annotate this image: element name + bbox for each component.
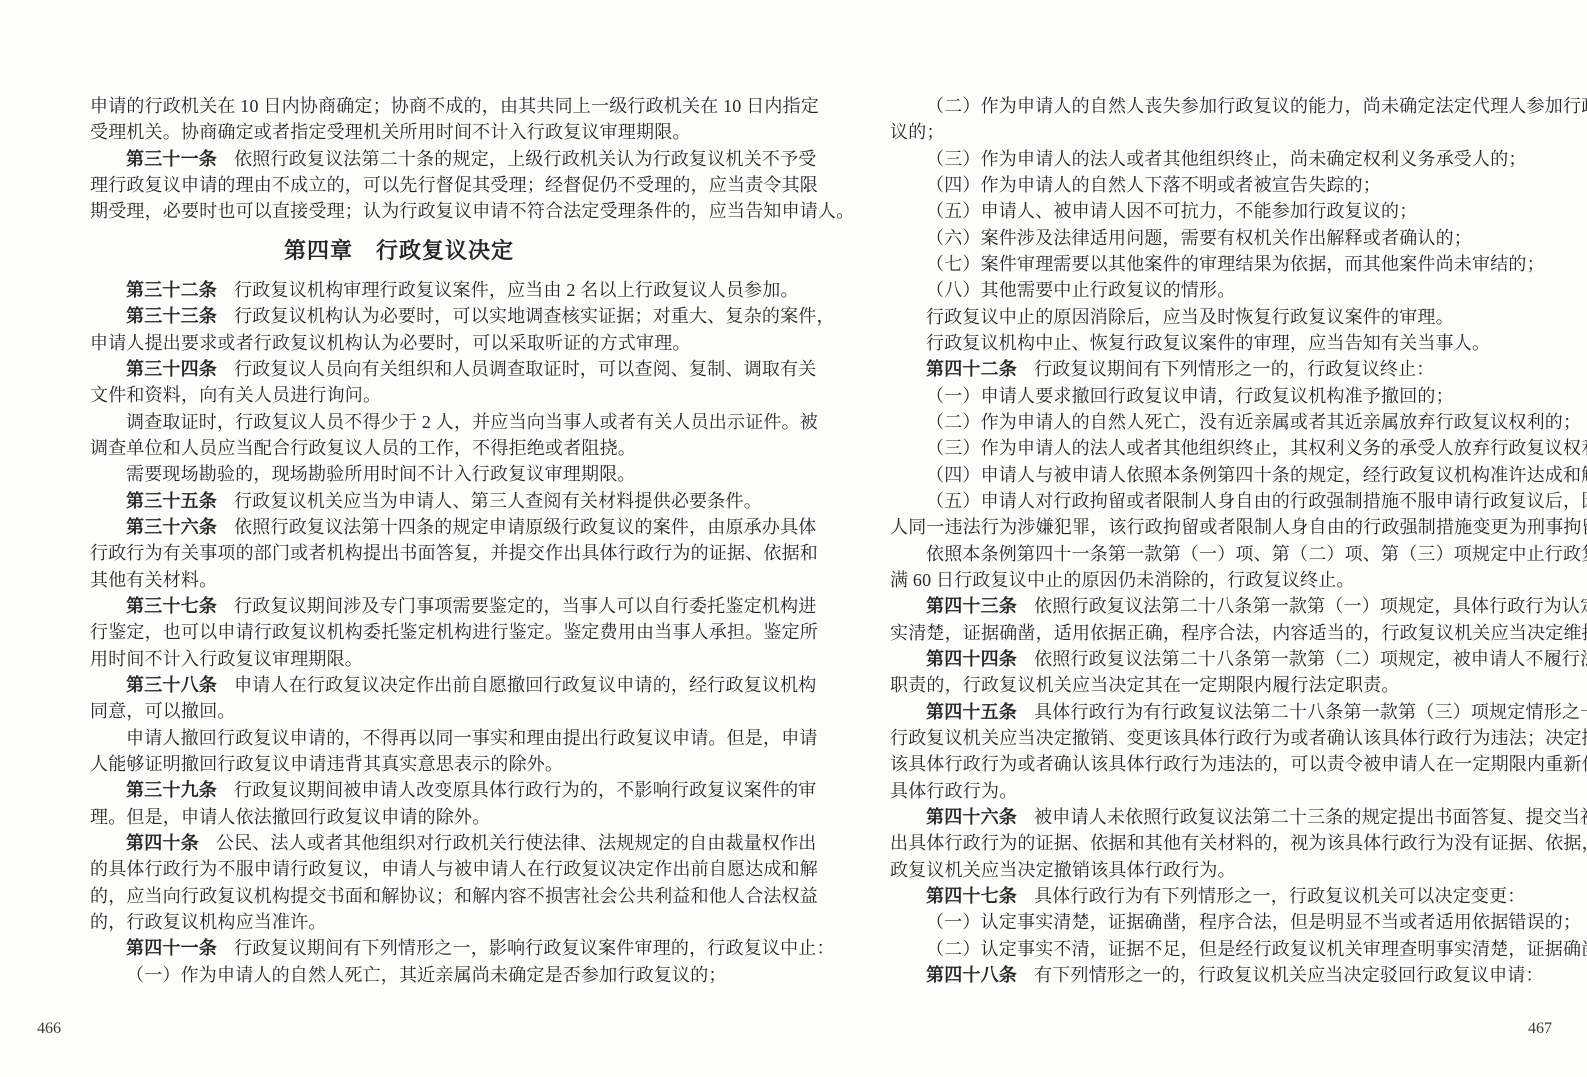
text-line: 调查单位和人员应当配合行政复议人员的工作，不得拒绝或者阻挠。 bbox=[90, 435, 708, 461]
line-text: 行政行为有关事项的部门或者机构提出书面答复，并提交作出具体行政行为的证据、依据和 bbox=[90, 543, 818, 563]
line-text: 职责的，行政复议机关应当决定其在一定期限内履行法定职责。 bbox=[890, 675, 1400, 695]
text-line: 文件和资料，向有关人员进行询问。 bbox=[90, 382, 708, 408]
line-text: 受理机关。协商确定或者指定受理机关所用时间不计入行政复议审理期限。 bbox=[90, 122, 691, 142]
line-text: （四）申请人与被申请人依照本条例第四十条的规定，经行政复议机构准许达成和解的； bbox=[926, 465, 1587, 485]
text-line: 期受理，必要时也可以直接受理；认为行政复议申请不符合法定受理条件的，应当告知申请… bbox=[90, 198, 708, 224]
line-text: （二）作为申请人的自然人丧失参加行政复议的能力，尚未确定法定代理人参加行政复 bbox=[926, 96, 1587, 116]
text-line: 需要现场勘验的，现场勘验所用时间不计入行政复议审理期限。 bbox=[90, 461, 708, 487]
article-number: 第三十七条 bbox=[126, 596, 217, 616]
line-text: （七）案件审理需要以其他案件的审理结果为依据，而其他案件尚未审结的； bbox=[926, 254, 1545, 274]
line-text: 出具体行政行为的证据、依据和其他有关材料的，视为该具体行政行为没有证据、依据，行 bbox=[890, 833, 1587, 853]
line-text: 依照本条例第四十一条第一款第（一）项、第（二）项、第（三）项规定中止行政复议， bbox=[926, 544, 1587, 564]
line-text: （二）作为申请人的自然人死亡，没有近亲属或者其近亲属放弃行政复议权利的； bbox=[926, 412, 1581, 432]
line-text: （八）其他需要中止行政复议的情形。 bbox=[926, 280, 1235, 300]
article-number: 第四十五条 bbox=[926, 702, 1017, 722]
left-column-text-lower: 第三十二条行政复议机构审理行政复议案件，应当由 2 名以上行政复议人员参加。第三… bbox=[90, 277, 708, 988]
text-line: 第三十三条行政复议机构认为必要时，可以实地调查核实证据；对重大、复杂的案件， bbox=[90, 303, 708, 329]
text-line: （三）作为申请人的法人或者其他组织终止，尚未确定权利义务承受人的； bbox=[890, 146, 1508, 172]
text-line: 第三十六条依照行政复议法第十四条的规定申请原级行政复议的案件，由原承办具体 bbox=[90, 514, 708, 540]
text-line: 的具体行政行为不服申请行政复议，申请人与被申请人在行政复议决定作出前自愿达成和解 bbox=[90, 856, 708, 882]
line-text: 依照行政复议法第二十八条第一款第（二）项规定，被申请人不履行法定 bbox=[1034, 649, 1587, 669]
article-number: 第四十七条 bbox=[926, 886, 1017, 906]
line-text: 该具体行政行为或者确认该具体行政行为违法的，可以责令被申请人在一定期限内重新作出 bbox=[890, 754, 1587, 774]
line-text: 被申请人未依照行政复议法第二十三条的规定提出书面答复、提交当初作 bbox=[1034, 807, 1587, 827]
line-text: 依照行政复议法第二十条的规定，上级行政机关认为行政复议机关不予受 bbox=[234, 149, 816, 169]
text-line: 申请人撤回行政复议申请的，不得再以同一事实和理由提出行政复议申请。但是，申请 bbox=[90, 725, 708, 751]
text-line: 第四十八条有下列情形之一的，行政复议机关应当决定驳回行政复议申请： bbox=[890, 962, 1508, 988]
line-text: 调查取证时，行政复议人员不得少于 2 人，并应当向当事人或者有关人员出示证件。被 bbox=[126, 412, 818, 432]
text-line: （一）作为申请人的自然人死亡，其近亲属尚未确定是否参加行政复议的； bbox=[90, 962, 708, 988]
line-text: 行政复议期间有下列情形之一的，行政复议终止： bbox=[1034, 359, 1434, 379]
line-text: 申请人撤回行政复议申请的，不得再以同一事实和理由提出行政复议申请。但是，申请 bbox=[126, 728, 818, 748]
text-line: （三）作为申请人的法人或者其他组织终止，其权利义务的承受人放弃行政复议权利的； bbox=[890, 435, 1508, 461]
text-line: 第三十一条依照行政复议法第二十条的规定，上级行政机关认为行政复议机关不予受 bbox=[90, 146, 708, 172]
article-number: 第三十五条 bbox=[126, 491, 217, 511]
line-text: 申请人提出要求或者行政复议机构认为必要时，可以采取听证的方式审理。 bbox=[90, 333, 691, 353]
line-text: 行鉴定，也可以申请行政复议机构委托鉴定机构进行鉴定。鉴定费用由当事人承担。鉴定所 bbox=[90, 622, 818, 642]
text-line: 第三十八条申请人在行政复议决定作出前自愿撤回行政复议申请的，经行政复议机构 bbox=[90, 672, 708, 698]
line-text: 行政复议机构中止、恢复行政复议案件的审理，应当告知有关当事人。 bbox=[926, 333, 1490, 353]
text-line: 理。但是，申请人依法撤回行政复议申请的除外。 bbox=[90, 804, 708, 830]
line-text: （三）作为申请人的法人或者其他组织终止，其权利义务的承受人放弃行政复议权利的； bbox=[926, 438, 1587, 458]
page-right: （二）作为申请人的自然人丧失参加行政复议的能力，尚未确定法定代理人参加行政复议的… bbox=[890, 93, 1508, 988]
line-text: 人能够证明撤回行政复议申请违背其真实意思表示的除外。 bbox=[90, 754, 563, 774]
text-line: 出具体行政行为的证据、依据和其他有关材料的，视为该具体行政行为没有证据、依据，行 bbox=[890, 830, 1508, 856]
line-text: 行政复议机关应当决定撤销、变更该具体行政行为或者确认该具体行政行为违法；决定撤销 bbox=[890, 728, 1587, 748]
line-text: 依照行政复议法第十四条的规定申请原级行政复议的案件，由原承办具体 bbox=[234, 517, 816, 537]
page-number-left: 466 bbox=[37, 1021, 61, 1037]
text-line: 行政复议机关应当决定撤销、变更该具体行政行为或者确认该具体行政行为违法；决定撤销 bbox=[890, 725, 1508, 751]
article-number: 第三十八条 bbox=[126, 675, 217, 695]
article-number: 第三十四条 bbox=[126, 359, 217, 379]
line-text: 的，应当向行政复议机构提交书面和解协议；和解内容不损害社会公共利益和他人合法权益 bbox=[90, 886, 818, 906]
line-text: 期受理，必要时也可以直接受理；认为行政复议申请不符合法定受理条件的，应当告知申请… bbox=[90, 201, 854, 221]
text-line: 第四十条公民、法人或者其他组织对行政机关行使法律、法规规定的自由裁量权作出 bbox=[90, 830, 708, 856]
article-number: 第四十八条 bbox=[926, 965, 1017, 985]
article-number: 第三十六条 bbox=[126, 517, 217, 537]
line-text: （五）申请人、被申请人因不可抗力，不能参加行政复议的； bbox=[926, 201, 1417, 221]
text-line: 该具体行政行为或者确认该具体行政行为违法的，可以责令被申请人在一定期限内重新作出 bbox=[890, 751, 1508, 777]
text-line: 第三十五条行政复议机关应当为申请人、第三人查阅有关材料提供必要条件。 bbox=[90, 488, 708, 514]
text-line: 人同一违法行为涉嫌犯罪，该行政拘留或者限制人身自由的行政强制措施变更为刑事拘留的… bbox=[890, 514, 1508, 540]
line-text: 需要现场勘验的，现场勘验所用时间不计入行政复议审理期限。 bbox=[126, 464, 636, 484]
line-text: （一）申请人要求撤回行政复议申请，行政复议机构准予撤回的； bbox=[926, 386, 1454, 406]
article-number: 第三十三条 bbox=[126, 306, 217, 326]
text-line: 第三十二条行政复议机构审理行政复议案件，应当由 2 名以上行政复议人员参加。 bbox=[90, 277, 708, 303]
text-line: （六）案件涉及法律适用问题，需要有权机关作出解释或者确认的； bbox=[890, 225, 1508, 251]
line-text: （三）作为申请人的法人或者其他组织终止，尚未确定权利义务承受人的； bbox=[926, 149, 1527, 169]
text-line: 第四十六条被申请人未依照行政复议法第二十三条的规定提出书面答复、提交当初作 bbox=[890, 804, 1508, 830]
text-line: （四）作为申请人的自然人下落不明或者被宣告失踪的； bbox=[890, 172, 1508, 198]
text-line: 依照本条例第四十一条第一款第（一）项、第（二）项、第（三）项规定中止行政复议， bbox=[890, 541, 1508, 567]
text-line: 同意，可以撤回。 bbox=[90, 698, 708, 724]
article-number: 第四十三条 bbox=[926, 596, 1017, 616]
line-text: 政复议机关应当决定撤销该具体行政行为。 bbox=[890, 860, 1236, 880]
line-text: 公民、法人或者其他组织对行政机关行使法律、法规规定的自由裁量权作出 bbox=[216, 833, 817, 853]
line-text: 行政复议中止的原因消除后，应当及时恢复行政复议案件的审理。 bbox=[926, 307, 1454, 327]
line-text: 调查单位和人员应当配合行政复议人员的工作，不得拒绝或者阻挠。 bbox=[90, 438, 636, 458]
line-text: 文件和资料，向有关人员进行询问。 bbox=[90, 385, 381, 405]
text-line: 的，应当向行政复议机构提交书面和解协议；和解内容不损害社会公共利益和他人合法权益 bbox=[90, 883, 708, 909]
line-text: 理。但是，申请人依法撤回行政复议申请的除外。 bbox=[90, 807, 490, 827]
line-text: 具体行政行为有下列情形之一，行政复议机关可以决定变更： bbox=[1034, 886, 1525, 906]
text-line: 议的； bbox=[890, 119, 1508, 145]
line-text: 人同一违法行为涉嫌犯罪，该行政拘留或者限制人身自由的行政强制措施变更为刑事拘留的… bbox=[890, 517, 1587, 537]
text-line: （四）申请人与被申请人依照本条例第四十条的规定，经行政复议机构准许达成和解的； bbox=[890, 462, 1508, 488]
line-text: 行政复议期间涉及专门事项需要鉴定的，当事人可以自行委托鉴定机构进 bbox=[234, 596, 816, 616]
line-text: 其他有关材料。 bbox=[90, 570, 217, 590]
text-line: 人能够证明撤回行政复议申请违背其真实意思表示的除外。 bbox=[90, 751, 708, 777]
line-text: 用时间不计入行政复议审理期限。 bbox=[90, 649, 363, 669]
text-line: （五）申请人、被申请人因不可抗力，不能参加行政复议的； bbox=[890, 198, 1508, 224]
text-line: 第四十二条行政复议期间有下列情形之一的，行政复议终止： bbox=[890, 356, 1508, 382]
line-text: 申请的行政机关在 10 日内协商确定；协商不成的，由其共同上一级行政机关在 10… bbox=[90, 96, 819, 116]
line-text: （一）认定事实清楚，证据确凿，程序合法，但是明显不当或者适用依据错误的； bbox=[926, 912, 1581, 932]
line-text: 依照行政复议法第二十八条第一款第（一）项规定，具体行政行为认定事 bbox=[1034, 596, 1587, 616]
line-text: 具体行政行为有行政复议法第二十八条第一款第（三）项规定情形之一的， bbox=[1034, 702, 1587, 722]
line-text: （四）作为申请人的自然人下落不明或者被宣告失踪的； bbox=[926, 175, 1381, 195]
text-line: 的，行政复议机构应当准许。 bbox=[90, 909, 708, 935]
text-line: 申请的行政机关在 10 日内协商确定；协商不成的，由其共同上一级行政机关在 10… bbox=[90, 93, 708, 119]
line-text: 申请人在行政复议决定作出前自愿撤回行政复议申请的，经行政复议机构 bbox=[234, 675, 816, 695]
article-number: 第四十六条 bbox=[926, 807, 1017, 827]
line-text: 行政复议人员向有关组织和人员调查取证时，可以查阅、复制、调取有关 bbox=[234, 359, 816, 379]
text-line: 调查取证时，行政复议人员不得少于 2 人，并应当向当事人或者有关人员出示证件。被 bbox=[90, 409, 708, 435]
text-line: 第三十九条行政复议期间被申请人改变原具体行政行为的，不影响行政复议案件的审 bbox=[90, 777, 708, 803]
article-number: 第四十二条 bbox=[926, 359, 1017, 379]
line-text: 的具体行政行为不服申请行政复议，申请人与被申请人在行政复议决定作出前自愿达成和解 bbox=[90, 859, 818, 879]
line-text: 具体行政行为。 bbox=[890, 781, 1017, 801]
article-number: 第三十九条 bbox=[126, 780, 217, 800]
line-text: 行政复议机构认为必要时，可以实地调查核实证据；对重大、复杂的案件， bbox=[234, 306, 835, 326]
text-line: （五）申请人对行政拘留或者限制人身自由的行政强制措施不服申请行政复议后，因申请 bbox=[890, 488, 1508, 514]
line-text: 理行政复议申请的理由不成立的，可以先行督促其受理；经督促仍不受理的，应当责令其限 bbox=[90, 175, 818, 195]
line-text: （一）作为申请人的自然人死亡，其近亲属尚未确定是否参加行政复议的； bbox=[126, 965, 727, 985]
line-text: 同意，可以撤回。 bbox=[90, 701, 236, 721]
line-text: （六）案件涉及法律适用问题，需要有权机关作出解释或者确认的； bbox=[926, 228, 1472, 248]
text-line: 用时间不计入行政复议审理期限。 bbox=[90, 646, 708, 672]
text-line: 受理机关。协商确定或者指定受理机关所用时间不计入行政复议审理期限。 bbox=[90, 119, 708, 145]
text-line: （八）其他需要中止行政复议的情形。 bbox=[890, 277, 1508, 303]
line-text: 行政复议机关应当为申请人、第三人查阅有关材料提供必要条件。 bbox=[234, 491, 762, 511]
text-line: 行政复议机构中止、恢复行政复议案件的审理，应当告知有关当事人。 bbox=[890, 330, 1508, 356]
line-text: 满 60 日行政复议中止的原因仍未消除的，行政复议终止。 bbox=[890, 570, 1355, 590]
article-number: 第四十条 bbox=[126, 833, 199, 853]
text-line: 实清楚，证据确凿，适用依据正确，程序合法，内容适当的，行政复议机关应当决定维持。 bbox=[890, 620, 1508, 646]
text-line: 第三十四条行政复议人员向有关组织和人员调查取证时，可以查阅、复制、调取有关 bbox=[90, 356, 708, 382]
text-line: 申请人提出要求或者行政复议机构认为必要时，可以采取听证的方式审理。 bbox=[90, 330, 708, 356]
article-number: 第三十一条 bbox=[126, 149, 217, 169]
line-text: 议的； bbox=[890, 122, 945, 142]
text-line: 行鉴定，也可以申请行政复议机构委托鉴定机构进行鉴定。鉴定费用由当事人承担。鉴定所 bbox=[90, 619, 708, 645]
article-number: 第四十一条 bbox=[126, 938, 217, 958]
text-line: 其他有关材料。 bbox=[90, 567, 708, 593]
text-line: 理行政复议申请的理由不成立的，可以先行督促其受理；经督促仍不受理的，应当责令其限 bbox=[90, 172, 708, 198]
line-text: 行政复议期间被申请人改变原具体行政行为的，不影响行政复议案件的审 bbox=[234, 780, 816, 800]
text-line: 满 60 日行政复议中止的原因仍未消除的，行政复议终止。 bbox=[890, 567, 1508, 593]
text-line: （一）申请人要求撤回行政复议申请，行政复议机构准予撤回的； bbox=[890, 383, 1508, 409]
text-line: 政复议机关应当决定撤销该具体行政行为。 bbox=[890, 857, 1508, 883]
text-line: （二）作为申请人的自然人死亡，没有近亲属或者其近亲属放弃行政复议权利的； bbox=[890, 409, 1508, 435]
text-line: 第四十四条依照行政复议法第二十八条第一款第（二）项规定，被申请人不履行法定 bbox=[890, 646, 1508, 672]
line-text: 的，行政复议机构应当准许。 bbox=[90, 912, 327, 932]
left-column-text-upper: 申请的行政机关在 10 日内协商确定；协商不成的，由其共同上一级行政机关在 10… bbox=[90, 93, 708, 225]
text-line: 具体行政行为。 bbox=[890, 778, 1508, 804]
right-column-text: （二）作为申请人的自然人丧失参加行政复议的能力，尚未确定法定代理人参加行政复议的… bbox=[890, 93, 1508, 988]
chapter-heading: 第四章 行政复议决定 bbox=[90, 238, 708, 264]
page-left: 申请的行政机关在 10 日内协商确定；协商不成的，由其共同上一级行政机关在 10… bbox=[90, 93, 708, 988]
text-line: （二）作为申请人的自然人丧失参加行政复议的能力，尚未确定法定代理人参加行政复 bbox=[890, 93, 1508, 119]
article-number: 第三十二条 bbox=[126, 280, 217, 300]
article-number: 第四十四条 bbox=[926, 649, 1017, 669]
text-line: （七）案件审理需要以其他案件的审理结果为依据，而其他案件尚未审结的； bbox=[890, 251, 1508, 277]
line-text: （五）申请人对行政拘留或者限制人身自由的行政强制措施不服申请行政复议后，因申请 bbox=[926, 491, 1587, 511]
text-line: 第四十五条具体行政行为有行政复议法第二十八条第一款第（三）项规定情形之一的， bbox=[890, 699, 1508, 725]
line-text: （二）认定事实不清，证据不足，但是经行政复议机关审理查明事实清楚，证据确凿的。 bbox=[926, 939, 1587, 959]
line-text: 实清楚，证据确凿，适用依据正确，程序合法，内容适当的，行政复议机关应当决定维持。 bbox=[890, 623, 1587, 643]
line-text: 有下列情形之一的，行政复议机关应当决定驳回行政复议申请： bbox=[1034, 965, 1544, 985]
text-line: （一）认定事实清楚，证据确凿，程序合法，但是明显不当或者适用依据错误的； bbox=[890, 909, 1508, 935]
text-line: （二）认定事实不清，证据不足，但是经行政复议机关审理查明事实清楚，证据确凿的。 bbox=[890, 936, 1508, 962]
text-line: 第四十三条依照行政复议法第二十八条第一款第（一）项规定，具体行政行为认定事 bbox=[890, 593, 1508, 619]
text-line: 第四十一条行政复议期间有下列情形之一，影响行政复议案件审理的，行政复议中止： bbox=[90, 935, 708, 961]
text-line: 第三十七条行政复议期间涉及专门事项需要鉴定的，当事人可以自行委托鉴定机构进 bbox=[90, 593, 708, 619]
text-line: 职责的，行政复议机关应当决定其在一定期限内履行法定职责。 bbox=[890, 672, 1508, 698]
text-line: 第四十七条具体行政行为有下列情形之一，行政复议机关可以决定变更： bbox=[890, 883, 1508, 909]
line-text: 行政复议机构审理行政复议案件，应当由 2 名以上行政复议人员参加。 bbox=[234, 280, 799, 300]
page-number-right: 467 bbox=[1528, 1021, 1552, 1037]
text-line: 行政复议中止的原因消除后，应当及时恢复行政复议案件的审理。 bbox=[890, 304, 1508, 330]
text-line: 行政行为有关事项的部门或者机构提出书面答复，并提交作出具体行政行为的证据、依据和 bbox=[90, 540, 708, 566]
line-text: 行政复议期间有下列情形之一，影响行政复议案件审理的，行政复议中止： bbox=[234, 938, 835, 958]
